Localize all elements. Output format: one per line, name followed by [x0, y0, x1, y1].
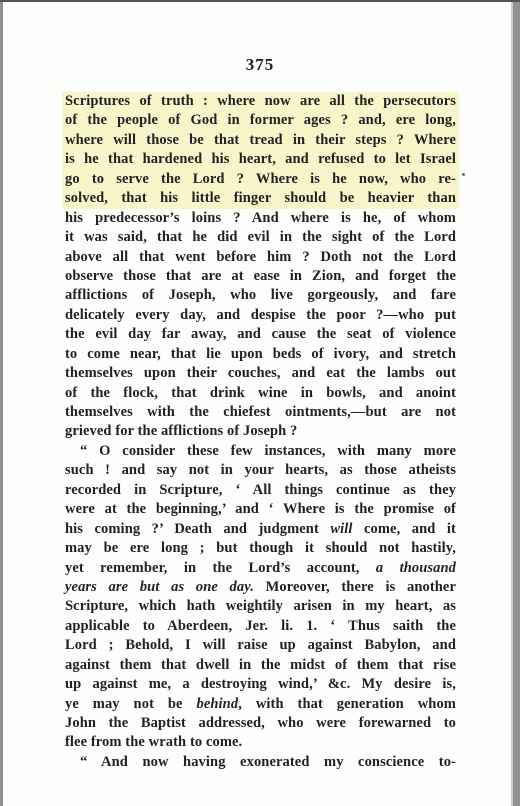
highlighted-text-line: where will those be that tread in their …	[65, 131, 456, 150]
text-segment: were at the beginning,’ and ‘ Where is t…	[65, 501, 456, 517]
text-segment: his predecessor’s loins ? And where is h…	[65, 210, 456, 226]
text-segment: it was said, that he did evil in the sig…	[65, 229, 456, 245]
italic-text-segment: behind	[197, 696, 239, 712]
text-line: up against me, a destroying wind,’ &c. M…	[65, 675, 456, 694]
text-segment: themselves upon their couches, and eat t…	[65, 365, 456, 381]
text-line: his coming ?’ Death and judgment will co…	[65, 520, 456, 539]
text-segment: observe those that are at ease in Zion, …	[65, 268, 456, 284]
text-segment: , with that generation whom	[238, 696, 456, 712]
text-line: John the Baptist addressed, who were for…	[65, 714, 456, 733]
highlighted-text-line: solved, that his little finger should be…	[65, 189, 456, 208]
text-segment: of the people of God in former ages ? an…	[65, 112, 456, 128]
text-segment: the evil day far away, and cause the sea…	[65, 326, 456, 342]
text-line: such ! and say not in your hearts, as th…	[65, 461, 456, 480]
text-segment: against them that dwell in the midst of …	[65, 657, 456, 673]
text-line: themselves with the chiefest ointments,—…	[65, 403, 456, 422]
text-segment: to come near, that lie upon beds of ivor…	[65, 346, 456, 362]
text-segment: Moreover, there is another	[254, 579, 456, 595]
text-line: against them that dwell in the midst of …	[65, 656, 456, 675]
text-segment: where will those be that tread in their …	[65, 132, 456, 148]
text-segment: recorded in Scripture, ‘ All things cont…	[65, 482, 456, 498]
text-segment: up against me, a destroying wind,’ &c. M…	[65, 676, 456, 692]
text-segment: applicable to Aberdeen, Jer. li. 1. ‘ Th…	[65, 618, 456, 634]
highlighted-text-line: go to serve the Lord ? Where is he now, …	[65, 170, 456, 189]
text-segment: Scriptures of truth : where now are all …	[65, 93, 456, 109]
scan-border-top	[0, 0, 520, 2]
text-line: were at the beginning,’ and ‘ Where is t…	[65, 500, 456, 519]
text-segment: his coming ?’ Death and judgment	[65, 521, 330, 537]
text-line: the evil day far away, and cause the sea…	[65, 325, 456, 344]
text-line: recorded in Scripture, ‘ All things cont…	[65, 481, 456, 500]
text-line: yet remember, in the Lord’s account, a t…	[65, 559, 456, 578]
text-line: his predecessor’s loins ? And where is h…	[65, 209, 456, 228]
text-segment: is he that hardened his heart, and refus…	[65, 151, 456, 167]
text-block: Scriptures of truth : where now are all …	[65, 92, 456, 772]
text-segment: yet remember, in the Lord’s account,	[65, 560, 376, 576]
text-line: to come near, that lie upon beds of ivor…	[65, 345, 456, 364]
text-segment: of the flock, that drink wine in bowls, …	[65, 385, 456, 401]
scanned-document-page: 375 Scriptures of truth : where now are …	[0, 0, 520, 806]
text-segment: ye may not be	[65, 696, 197, 712]
text-line: applicable to Aberdeen, Jer. li. 1. ‘ Th…	[65, 617, 456, 636]
text-segment: come, and it	[353, 521, 456, 537]
text-segment: solved, that his little finger should be…	[65, 190, 456, 206]
text-segment: above all that went before him ? Doth no…	[65, 249, 456, 265]
highlighted-text-line: of the people of God in former ages ? an…	[65, 111, 456, 130]
text-segment: “ And now having exonerated my conscienc…	[80, 754, 456, 770]
text-line: it was said, that he did evil in the sig…	[65, 228, 456, 247]
page-number: 375	[0, 55, 520, 75]
text-line: Scripture, which hath weightily arisen i…	[65, 597, 456, 616]
text-line: grieved for the afflictions of Joseph ?	[65, 422, 456, 441]
scan-speck	[462, 173, 465, 176]
scan-border-right	[511, 0, 520, 806]
text-line: themselves upon their couches, and eat t…	[65, 364, 456, 383]
text-segment: grieved for the afflictions of Joseph ?	[65, 423, 297, 439]
highlighted-text-line: Scriptures of truth : where now are all …	[65, 92, 456, 111]
text-segment: Scripture, which hath weightily arisen i…	[65, 598, 456, 614]
text-line: above all that went before him ? Doth no…	[65, 248, 456, 267]
text-segment: John the Baptist addressed, who were for…	[65, 715, 456, 731]
text-line: “ O consider these few instances, with m…	[65, 442, 456, 461]
text-segment: afflictions of Joseph, who live gorgeous…	[65, 287, 456, 303]
text-segment: themselves with the chiefest ointments,—…	[65, 404, 456, 420]
text-line: flee from the wrath to come.	[65, 733, 456, 752]
text-segment: may be ere long ; but though it should n…	[65, 540, 456, 556]
scan-border-left	[0, 0, 3, 806]
text-line: may be ere long ; but though it should n…	[65, 539, 456, 558]
text-line: ye may not be behind, with that generati…	[65, 695, 456, 714]
italic-text-segment: years are but as one day.	[65, 579, 254, 595]
text-segment: go to serve the Lord ? Where is he now, …	[65, 171, 456, 187]
text-line: “ And now having exonerated my conscienc…	[65, 753, 456, 772]
text-line: years are but as one day. Moreover, ther…	[65, 578, 456, 597]
text-line: Lord ; Behold, I will raise up against B…	[65, 636, 456, 655]
text-segment: Lord ; Behold, I will raise up against B…	[65, 637, 456, 653]
text-line: afflictions of Joseph, who live gorgeous…	[65, 286, 456, 305]
text-segment: delicately every day, and despise the po…	[65, 307, 456, 323]
text-segment: flee from the wrath to come.	[65, 734, 242, 750]
text-line: observe those that are at ease in Zion, …	[65, 267, 456, 286]
text-segment: “ O consider these few instances, with m…	[80, 443, 456, 459]
highlighted-text-line: is he that hardened his heart, and refus…	[65, 150, 456, 169]
text-line: delicately every day, and despise the po…	[65, 306, 456, 325]
text-segment: such ! and say not in your hearts, as th…	[65, 462, 456, 478]
italic-text-segment: will	[330, 521, 352, 537]
italic-text-segment: a thousand	[376, 560, 456, 576]
text-line: of the flock, that drink wine in bowls, …	[65, 384, 456, 403]
